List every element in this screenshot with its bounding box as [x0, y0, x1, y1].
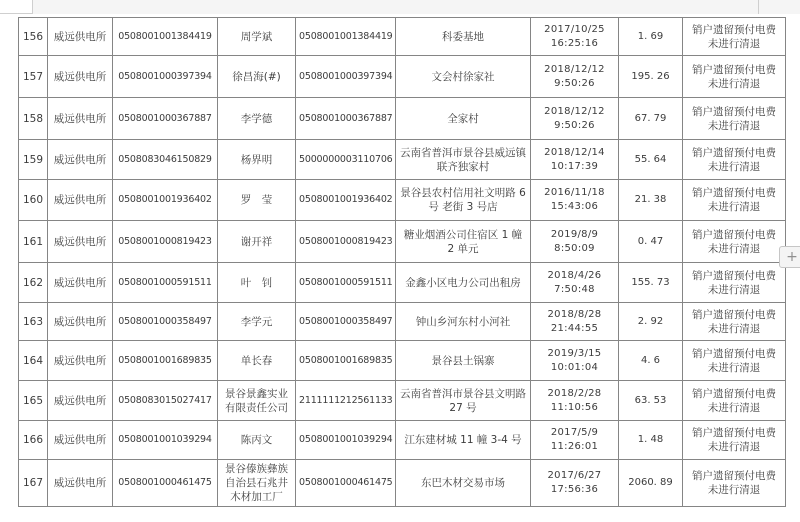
datetime-cell: 2018/4/267:50:48: [531, 263, 619, 303]
customer-name-cell: 单长春: [218, 341, 296, 381]
row-number-cell: 156: [19, 18, 48, 56]
meter-number-cell: 0508001000397394: [296, 56, 396, 98]
table-row: 160威远供电所0508001001936402罗 莹0508001001936…: [19, 180, 786, 221]
cell-text: 景谷县农村信用社文明路 6 号 老街 3 号店: [399, 186, 527, 214]
meter-number-cell: 5000000003110706: [296, 140, 396, 180]
cell-text: 0508001001384419: [299, 30, 392, 44]
prev-row-border-remnant: [758, 0, 759, 14]
cell-text: 0508001000819423: [116, 235, 214, 249]
datetime-cell: 2018/12/1410:17:39: [531, 140, 619, 180]
cell-text: 未进行清退: [686, 200, 782, 214]
note-cell: 销户遗留预付电费未进行清退: [683, 341, 786, 381]
cell-text: 0508001000397394: [299, 70, 392, 84]
cell-text: 未进行清退: [686, 440, 782, 454]
table-row: 157威远供电所0508001000397394徐昌海(#)0508001000…: [19, 56, 786, 98]
customer-name-cell: 叶 钊: [218, 263, 296, 303]
station-cell: 威远供电所: [48, 381, 113, 421]
cell-text: 2018/12/14: [534, 146, 615, 160]
cell-text: 1. 48: [622, 433, 679, 447]
cell-text: 2017/10/25: [534, 23, 615, 37]
meter-number-cell: 0508001000819423: [296, 221, 396, 263]
cell-text: 周学斌: [221, 30, 292, 44]
note-cell: 销户遗留预付电费未进行清退: [683, 180, 786, 221]
meter-number-cell: 0508001000367887: [296, 98, 396, 140]
cell-text: 2018/8/28: [534, 308, 615, 322]
cell-text: 销户遗留预付电费: [686, 146, 782, 160]
cell-text: 156: [22, 30, 44, 44]
amount-cell: 1. 48: [619, 421, 683, 460]
cell-text: 7:50:48: [534, 283, 615, 297]
cell-text: 0. 47: [622, 235, 679, 249]
cell-text: 2017/5/9: [534, 426, 615, 440]
row-number-cell: 158: [19, 98, 48, 140]
cell-text: 10:17:39: [534, 160, 615, 174]
cell-text: 9:50:26: [534, 77, 615, 91]
cell-text: 157: [22, 70, 44, 84]
cell-text: 2018/12/12: [534, 63, 615, 77]
cell-text: 0508001000461475: [299, 476, 392, 490]
cell-text: 2019/8/9: [534, 228, 615, 242]
table-row: 159威远供电所0508083046150829杨界明5000000003110…: [19, 140, 786, 180]
cell-text: 158: [22, 112, 44, 126]
account-number-cell: 0508001000591511: [113, 263, 218, 303]
cell-text: 销户遗留预付电费: [686, 308, 782, 322]
cell-text: 163: [22, 315, 44, 329]
cell-text: 金鑫小区电力公司出租房: [399, 276, 527, 290]
cell-text: 67. 79: [622, 112, 679, 126]
cell-text: 威远供电所: [51, 70, 109, 84]
address-cell: 金鑫小区电力公司出租房: [396, 263, 531, 303]
datetime-cell: 2018/8/2821:44:55: [531, 303, 619, 341]
account-number-cell: 0508001000367887: [113, 98, 218, 140]
station-cell: 威远供电所: [48, 341, 113, 381]
cell-text: 15:43:06: [534, 200, 615, 214]
cell-text: 0508001000819423: [299, 235, 392, 249]
table-row: 167威远供电所0508001000461475景谷傣族彝族自治县石兆井木材加工…: [19, 460, 786, 507]
amount-cell: 63. 53: [619, 381, 683, 421]
station-cell: 威远供电所: [48, 303, 113, 341]
cell-text: 155. 73: [622, 276, 679, 290]
address-cell: 东巴木材交易市场: [396, 460, 531, 507]
cell-text: 195. 26: [622, 70, 679, 84]
cell-text: 9:50:26: [534, 119, 615, 133]
cell-text: 0508001000591511: [116, 276, 214, 290]
cell-text: 威远供电所: [51, 112, 109, 126]
account-number-cell: 0508001000397394: [113, 56, 218, 98]
cell-text: 0508001000397394: [116, 70, 214, 84]
cell-text: 威远供电所: [51, 433, 109, 447]
amount-cell: 2060. 89: [619, 460, 683, 507]
station-cell: 威远供电所: [48, 98, 113, 140]
cell-text: 威远供电所: [51, 276, 109, 290]
cell-text: 罗 莹: [221, 193, 292, 207]
cell-text: 2060. 89: [622, 476, 679, 490]
customer-name-cell: 杨界明: [218, 140, 296, 180]
cell-text: 威远供电所: [51, 354, 109, 368]
cell-text: 2017/6/27: [534, 469, 615, 483]
cell-text: 0508001001039294: [299, 433, 392, 447]
station-cell: 威远供电所: [48, 460, 113, 507]
cell-text: 威远供电所: [51, 394, 109, 408]
cell-text: 文会村徐家社: [399, 70, 527, 84]
cell-text: 160: [22, 193, 44, 207]
cell-text: 未进行清退: [686, 361, 782, 375]
amount-cell: 1. 69: [619, 18, 683, 56]
cell-text: 销户遗留预付电费: [686, 269, 782, 283]
cell-text: 销户遗留预付电费: [686, 105, 782, 119]
note-cell: 销户遗留预付电费未进行清退: [683, 18, 786, 56]
address-cell: 江东建材城 11 幢 3-4 号: [396, 421, 531, 460]
station-cell: 威远供电所: [48, 180, 113, 221]
cell-text: 0508001001689835: [299, 354, 392, 368]
row-number-cell: 157: [19, 56, 48, 98]
note-cell: 销户遗留预付电费未进行清退: [683, 303, 786, 341]
cell-text: 销户遗留预付电费: [686, 469, 782, 483]
table-row: 158威远供电所0508001000367887李学德0508001000367…: [19, 98, 786, 140]
cell-text: 21. 38: [622, 193, 679, 207]
station-cell: 威远供电所: [48, 18, 113, 56]
amount-cell: 0. 47: [619, 221, 683, 263]
address-cell: 景谷县农村信用社文明路 6 号 老街 3 号店: [396, 180, 531, 221]
station-cell: 威远供电所: [48, 421, 113, 460]
cell-text: 164: [22, 354, 44, 368]
cell-text: 0508001000367887: [116, 112, 214, 126]
cell-text: 0508001001936402: [299, 193, 392, 207]
meter-number-cell: 0508001001039294: [296, 421, 396, 460]
cell-text: 166: [22, 433, 44, 447]
cell-text: 销户遗留预付电费: [686, 186, 782, 200]
amount-cell: 21. 38: [619, 180, 683, 221]
cell-text: 威远供电所: [51, 476, 109, 490]
meter-number-cell: 0508001000461475: [296, 460, 396, 507]
table-row: 164威远供电所0508001001689835单长春0508001001689…: [19, 341, 786, 381]
cell-text: 11:26:01: [534, 440, 615, 454]
table-row: 165威远供电所0508083015027417景谷景鑫实业有限责任公司2111…: [19, 381, 786, 421]
cell-text: 5000000003110706: [299, 153, 392, 167]
table-row: 162威远供电所0508001000591511叶 钊0508001000591…: [19, 263, 786, 303]
cell-text: 科委基地: [399, 30, 527, 44]
row-number-cell: 161: [19, 221, 48, 263]
cell-text: 10:01:04: [534, 361, 615, 375]
cell-text: 0508083015027417: [116, 394, 214, 408]
document-page: 156威远供电所0508001001384419周学斌0508001001384…: [0, 0, 800, 522]
cell-text: 0508001000358497: [116, 315, 214, 329]
cell-text: 2018/2/28: [534, 387, 615, 401]
cell-text: 景谷傣族彝族自治县石兆井木材加工厂: [221, 462, 292, 504]
table-row: 161威远供电所0508001000819423谢开祥0508001000819…: [19, 221, 786, 263]
cell-text: 景谷县土锅寨: [399, 354, 527, 368]
cell-text: 威远供电所: [51, 193, 109, 207]
cell-text: 2111111212561133: [299, 394, 392, 408]
cell-text: 李学元: [221, 315, 292, 329]
row-number-cell: 164: [19, 341, 48, 381]
cell-text: 景谷景鑫实业有限责任公司: [221, 387, 292, 415]
cell-text: 陈丙文: [221, 433, 292, 447]
cell-text: 未进行清退: [686, 77, 782, 91]
cell-text: 未进行清退: [686, 483, 782, 497]
row-number-cell: 160: [19, 180, 48, 221]
address-cell: 云南省普洱市景谷县威远镇联齐独家村: [396, 140, 531, 180]
note-cell: 销户遗留预付电费未进行清退: [683, 381, 786, 421]
table-row: 166威远供电所0508001001039294陈丙文0508001001039…: [19, 421, 786, 460]
cell-text: 销户遗留预付电费: [686, 228, 782, 242]
cell-text: 0508001001689835: [116, 354, 214, 368]
cell-text: 未进行清退: [686, 242, 782, 256]
plus-icon[interactable]: +: [779, 246, 800, 268]
meter-number-cell: 2111111212561133: [296, 381, 396, 421]
cell-text: 徐昌海(#): [221, 70, 292, 84]
row-number-cell: 166: [19, 421, 48, 460]
datetime-cell: 2018/12/129:50:26: [531, 56, 619, 98]
cell-text: 糖业烟酒公司住宿区 1 幢 2 单元: [399, 228, 527, 256]
cell-text: 单长春: [221, 354, 292, 368]
datetime-cell: 2018/2/2811:10:56: [531, 381, 619, 421]
cell-text: 未进行清退: [686, 160, 782, 174]
amount-cell: 2. 92: [619, 303, 683, 341]
station-cell: 威远供电所: [48, 140, 113, 180]
prepaid-fee-table: 156威远供电所0508001001384419周学斌0508001001384…: [18, 17, 786, 507]
customer-name-cell: 李学元: [218, 303, 296, 341]
note-cell: 销户遗留预付电费未进行清退: [683, 421, 786, 460]
cell-text: 11:10:56: [534, 401, 615, 415]
cell-text: 销户遗留预付电费: [686, 23, 782, 37]
cell-text: 165: [22, 394, 44, 408]
cell-text: 未进行清退: [686, 322, 782, 336]
datetime-cell: 2017/6/2717:56:36: [531, 460, 619, 507]
address-cell: 科委基地: [396, 18, 531, 56]
account-number-cell: 0508001001039294: [113, 421, 218, 460]
page-top-margin: [0, 0, 800, 14]
datetime-cell: 2018/12/129:50:26: [531, 98, 619, 140]
cell-text: 167: [22, 476, 44, 490]
amount-cell: 155. 73: [619, 263, 683, 303]
cell-text: 谢开祥: [221, 235, 292, 249]
cell-text: 55. 64: [622, 153, 679, 167]
datetime-cell: 2019/8/98:50:09: [531, 221, 619, 263]
cell-text: 销户遗留预付电费: [686, 426, 782, 440]
customer-name-cell: 徐昌海(#): [218, 56, 296, 98]
cell-text: 李学德: [221, 112, 292, 126]
customer-name-cell: 谢开祥: [218, 221, 296, 263]
cell-text: 0508083046150829: [116, 153, 214, 167]
amount-cell: 67. 79: [619, 98, 683, 140]
note-cell: 销户遗留预付电费未进行清退: [683, 56, 786, 98]
cell-text: 0508001000367887: [299, 112, 392, 126]
cell-text: 销户遗留预付电费: [686, 387, 782, 401]
note-cell: 销户遗留预付电费未进行清退: [683, 221, 786, 263]
cell-text: 0508001001384419: [116, 30, 214, 44]
note-cell: 销户遗留预付电费未进行清退: [683, 140, 786, 180]
address-cell: 糖业烟酒公司住宿区 1 幢 2 单元: [396, 221, 531, 263]
cell-text: 2018/4/26: [534, 269, 615, 283]
prev-row-cell-remnant: [0, 0, 33, 14]
customer-name-cell: 罗 莹: [218, 180, 296, 221]
datetime-cell: 2017/5/911:26:01: [531, 421, 619, 460]
amount-cell: 55. 64: [619, 140, 683, 180]
cell-text: 2019/3/15: [534, 347, 615, 361]
cell-text: 17:56:36: [534, 483, 615, 497]
cell-text: 0508001001936402: [116, 193, 214, 207]
account-number-cell: 0508001000358497: [113, 303, 218, 341]
address-cell: 云南省普洱市景谷县文明路 27 号: [396, 381, 531, 421]
table-row: 156威远供电所0508001001384419周学斌0508001001384…: [19, 18, 786, 56]
account-number-cell: 0508083046150829: [113, 140, 218, 180]
note-cell: 销户遗留预付电费未进行清退: [683, 263, 786, 303]
cell-text: 21:44:55: [534, 322, 615, 336]
station-cell: 威远供电所: [48, 221, 113, 263]
cell-text: 159: [22, 153, 44, 167]
note-cell: 销户遗留预付电费未进行清退: [683, 98, 786, 140]
meter-number-cell: 0508001001689835: [296, 341, 396, 381]
row-number-cell: 159: [19, 140, 48, 180]
station-cell: 威远供电所: [48, 263, 113, 303]
cell-text: 0508001001039294: [116, 433, 214, 447]
cell-text: 0508001000461475: [116, 476, 214, 490]
cell-text: 威远供电所: [51, 153, 109, 167]
account-number-cell: 0508001000819423: [113, 221, 218, 263]
address-cell: 文会村徐家社: [396, 56, 531, 98]
datetime-cell: 2016/11/1815:43:06: [531, 180, 619, 221]
cell-text: 江东建材城 11 幢 3-4 号: [399, 433, 527, 447]
cell-text: 云南省普洱市景谷县文明路 27 号: [399, 387, 527, 415]
datetime-cell: 2019/3/1510:01:04: [531, 341, 619, 381]
row-number-cell: 162: [19, 263, 48, 303]
cell-text: 8:50:09: [534, 242, 615, 256]
customer-name-cell: 李学德: [218, 98, 296, 140]
datetime-cell: 2017/10/2516:25:16: [531, 18, 619, 56]
address-cell: 钟山乡河东村小河社: [396, 303, 531, 341]
address-cell: 全家村: [396, 98, 531, 140]
address-cell: 景谷县土锅寨: [396, 341, 531, 381]
customer-name-cell: 周学斌: [218, 18, 296, 56]
cell-text: 东巴木材交易市场: [399, 476, 527, 490]
customer-name-cell: 景谷景鑫实业有限责任公司: [218, 381, 296, 421]
cell-text: 威远供电所: [51, 315, 109, 329]
cell-text: 4. 6: [622, 354, 679, 368]
cell-text: 2018/12/12: [534, 105, 615, 119]
cell-text: 162: [22, 276, 44, 290]
cell-text: 叶 钊: [221, 276, 292, 290]
cell-text: 161: [22, 235, 44, 249]
cell-text: 未进行清退: [686, 283, 782, 297]
meter-number-cell: 0508001000358497: [296, 303, 396, 341]
account-number-cell: 0508001000461475: [113, 460, 218, 507]
cell-text: 销户遗留预付电费: [686, 63, 782, 77]
amount-cell: 4. 6: [619, 341, 683, 381]
row-number-cell: 165: [19, 381, 48, 421]
cell-text: 0508001000358497: [299, 315, 392, 329]
cell-text: 63. 53: [622, 394, 679, 408]
note-cell: 销户遗留预付电费未进行清退: [683, 460, 786, 507]
cell-text: 未进行清退: [686, 119, 782, 133]
cell-text: 2016/11/18: [534, 186, 615, 200]
table-row: 163威远供电所0508001000358497李学元0508001000358…: [19, 303, 786, 341]
cell-text: 云南省普洱市景谷县威远镇联齐独家村: [399, 146, 527, 174]
account-number-cell: 0508083015027417: [113, 381, 218, 421]
account-number-cell: 0508001001689835: [113, 341, 218, 381]
meter-number-cell: 0508001001384419: [296, 18, 396, 56]
amount-cell: 195. 26: [619, 56, 683, 98]
meter-number-cell: 0508001000591511: [296, 263, 396, 303]
account-number-cell: 0508001001384419: [113, 18, 218, 56]
cell-text: 钟山乡河东村小河社: [399, 315, 527, 329]
cell-text: 16:25:16: [534, 37, 615, 51]
cell-text: 杨界明: [221, 153, 292, 167]
table-body: 156威远供电所0508001001384419周学斌0508001001384…: [19, 18, 786, 507]
cell-text: 1. 69: [622, 30, 679, 44]
cell-text: 威远供电所: [51, 30, 109, 44]
cell-text: 2. 92: [622, 315, 679, 329]
customer-name-cell: 陈丙文: [218, 421, 296, 460]
account-number-cell: 0508001001936402: [113, 180, 218, 221]
cell-text: 未进行清退: [686, 37, 782, 51]
customer-name-cell: 景谷傣族彝族自治县石兆井木材加工厂: [218, 460, 296, 507]
cell-text: 销户遗留预付电费: [686, 347, 782, 361]
meter-number-cell: 0508001001936402: [296, 180, 396, 221]
cell-text: 威远供电所: [51, 235, 109, 249]
cell-text: 0508001000591511: [299, 276, 392, 290]
cell-text: 未进行清退: [686, 401, 782, 415]
row-number-cell: 167: [19, 460, 48, 507]
cell-text: 全家村: [399, 112, 527, 126]
row-number-cell: 163: [19, 303, 48, 341]
station-cell: 威远供电所: [48, 56, 113, 98]
